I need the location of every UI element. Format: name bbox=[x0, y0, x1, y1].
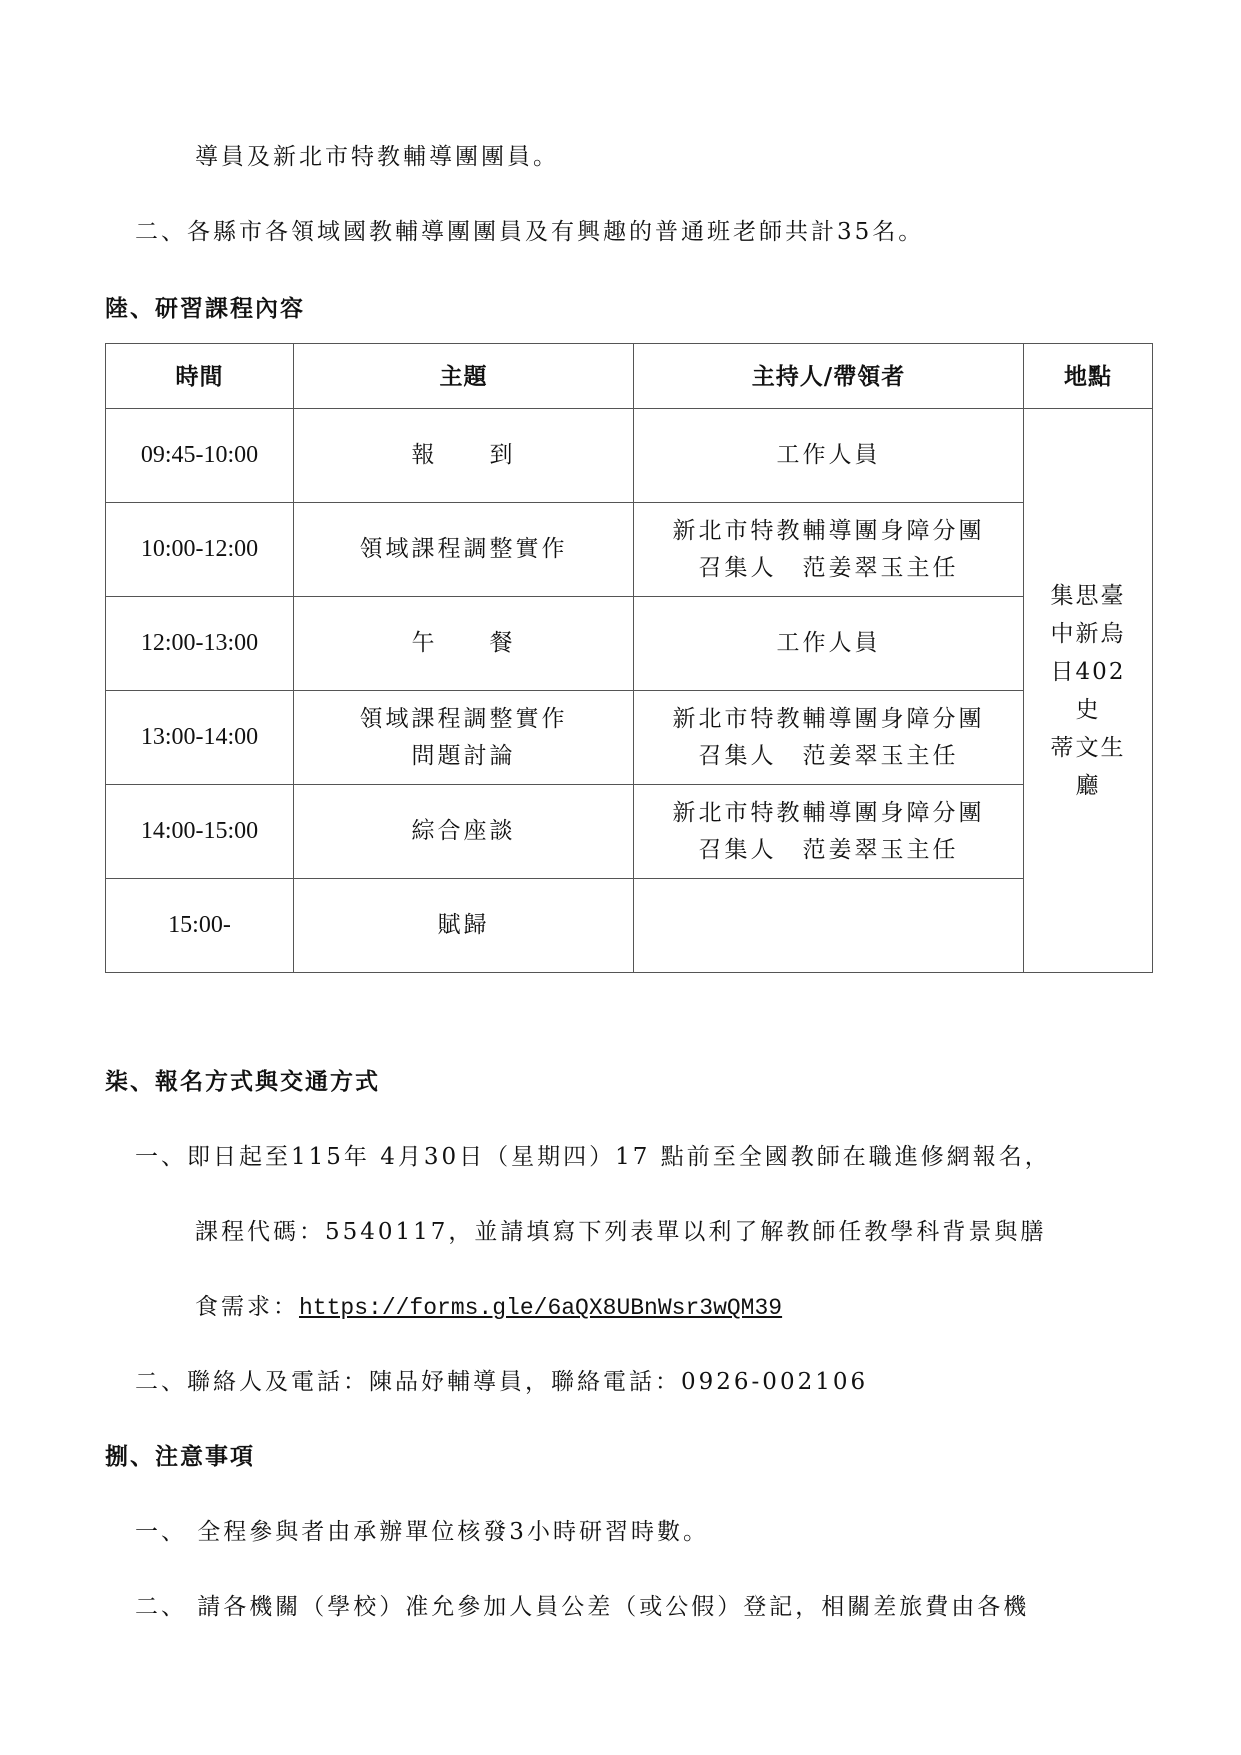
schedule-table: 時間 主題 主持人/帶領者 地點 09:45-10:00 報 到 工作人員 集思… bbox=[105, 343, 1153, 973]
cell-topic: 賦歸 bbox=[294, 879, 634, 973]
intro-line-2: 二、各縣市各領域國教輔導團團員及有興趣的普通班老師共計35名。 bbox=[135, 213, 924, 246]
topic-line-1: 領域課程調整實作 bbox=[294, 701, 633, 738]
form-link[interactable]: https://forms.gle/6aQX8UBnWsr3wQM39 bbox=[299, 1295, 782, 1321]
cell-time: 12:00-13:00 bbox=[106, 597, 294, 691]
table-row: 12:00-13:00 午 餐 工作人員 bbox=[106, 597, 1153, 691]
cell-host: 新北市特教輔導團身障分團 召集人 范姜翠玉主任 bbox=[634, 785, 1024, 879]
cell-topic: 領域課程調整實作 bbox=[294, 503, 634, 597]
host-line-1: 新北市特教輔導團身障分團 bbox=[634, 701, 1023, 738]
location-line: 廳 bbox=[1042, 767, 1134, 805]
cell-time: 09:45-10:00 bbox=[106, 409, 294, 503]
intro-line-1: 導員及新北市特教輔導團團員。 bbox=[195, 138, 559, 171]
header-host: 主持人/帶領者 bbox=[634, 344, 1024, 409]
notice-item-1: 一、 全程參與者由承辦單位核發3小時研習時數。 bbox=[135, 1513, 709, 1546]
registration-line-3: 食需求：https://forms.gle/6aQX8UBnWsr3wQM39 bbox=[195, 1288, 782, 1321]
notice-item-2: 二、 請各機關（學校）准允參加人員公差（或公假）登記，相關差旅費由各機 bbox=[135, 1588, 1029, 1621]
host-line-2: 召集人 范姜翠玉主任 bbox=[634, 832, 1023, 869]
cell-host bbox=[634, 879, 1024, 973]
host-line-2: 召集人 范姜翠玉主任 bbox=[634, 550, 1023, 587]
registration-line-1: 一、即日起至115年 4月30日（星期四）17 點前至全國教師在職進修網報名， bbox=[135, 1138, 1051, 1171]
cell-location: 集思臺 中新烏 日402史 蒂文生 廳 bbox=[1024, 409, 1153, 973]
section-8-heading: 捌、注意事項 bbox=[105, 1438, 255, 1471]
host-line-1: 新北市特教輔導團身障分團 bbox=[634, 795, 1023, 832]
table-row: 15:00- 賦歸 bbox=[106, 879, 1153, 973]
registration-line-3-prefix: 食需求： bbox=[195, 1294, 299, 1320]
cell-topic: 領域課程調整實作 問題討論 bbox=[294, 691, 634, 785]
header-location: 地點 bbox=[1024, 344, 1153, 409]
cell-time: 14:00-15:00 bbox=[106, 785, 294, 879]
header-topic: 主題 bbox=[294, 344, 634, 409]
location-line: 中新烏 bbox=[1042, 615, 1134, 653]
host-line-1: 新北市特教輔導團身障分團 bbox=[634, 513, 1023, 550]
table-row: 14:00-15:00 綜合座談 新北市特教輔導團身障分團 召集人 范姜翠玉主任 bbox=[106, 785, 1153, 879]
cell-time: 13:00-14:00 bbox=[106, 691, 294, 785]
cell-host: 新北市特教輔導團身障分團 召集人 范姜翠玉主任 bbox=[634, 691, 1024, 785]
table-header-row: 時間 主題 主持人/帶領者 地點 bbox=[106, 344, 1153, 409]
location-line: 蒂文生 bbox=[1042, 729, 1134, 767]
header-time: 時間 bbox=[106, 344, 294, 409]
location-line: 日402史 bbox=[1042, 653, 1134, 729]
cell-topic: 綜合座談 bbox=[294, 785, 634, 879]
table-row: 13:00-14:00 領域課程調整實作 問題討論 新北市特教輔導團身障分團 召… bbox=[106, 691, 1153, 785]
contact-line: 二、聯絡人及電話：陳品妤輔導員，聯絡電話：0926-002106 bbox=[135, 1363, 868, 1396]
cell-host: 工作人員 bbox=[634, 409, 1024, 503]
cell-time: 10:00-12:00 bbox=[106, 503, 294, 597]
topic-line-2: 問題討論 bbox=[294, 738, 633, 775]
cell-topic: 午 餐 bbox=[294, 597, 634, 691]
table-row: 10:00-12:00 領域課程調整實作 新北市特教輔導團身障分團 召集人 范姜… bbox=[106, 503, 1153, 597]
cell-host: 新北市特教輔導團身障分團 召集人 范姜翠玉主任 bbox=[634, 503, 1024, 597]
section-6-heading: 陸、研習課程內容 bbox=[105, 290, 305, 323]
host-line-2: 召集人 范姜翠玉主任 bbox=[634, 738, 1023, 775]
cell-host: 工作人員 bbox=[634, 597, 1024, 691]
cell-topic: 報 到 bbox=[294, 409, 634, 503]
cell-time: 15:00- bbox=[106, 879, 294, 973]
section-7-heading: 柒、報名方式與交通方式 bbox=[105, 1063, 380, 1096]
location-line: 集思臺 bbox=[1042, 577, 1134, 615]
table-row: 09:45-10:00 報 到 工作人員 集思臺 中新烏 日402史 蒂文生 廳 bbox=[106, 409, 1153, 503]
registration-line-2: 課程代碼：5540117，並請填寫下列表單以利了解教師任教學科背景與膳 bbox=[195, 1213, 1046, 1246]
